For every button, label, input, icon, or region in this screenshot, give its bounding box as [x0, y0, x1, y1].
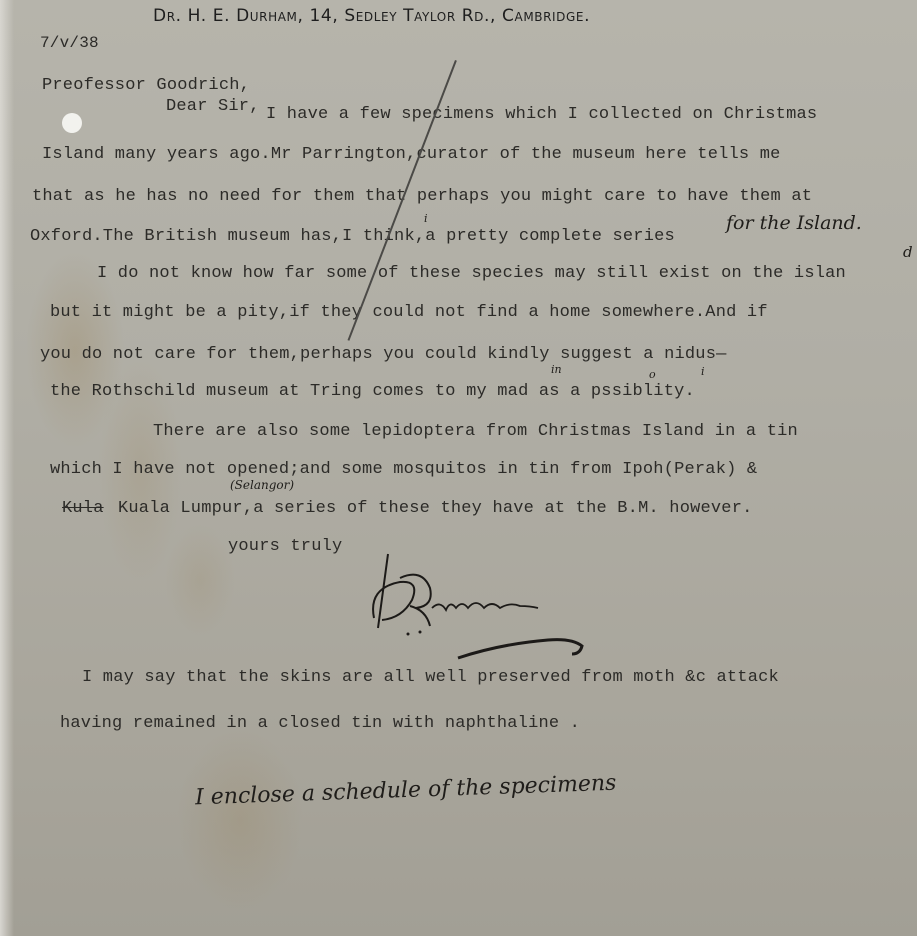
body-line-4: Oxford.The British museum has,I think,a …: [30, 227, 675, 246]
body-line-8: the Rothschild museum at Tring comes to …: [50, 382, 695, 401]
postscript-line-1: I may say that the skins are all well pr…: [82, 668, 779, 687]
handwritten-islan-correction: d: [903, 243, 913, 261]
body-line-6: but it might be a pity,if they could not…: [50, 303, 768, 322]
body-line-9: There are also some lepidoptera from Chr…: [153, 422, 798, 441]
handwritten-enclosure-note: I enclose a schedule of the specimens: [195, 771, 617, 811]
body-line-5: I do not know how far some of these spec…: [97, 264, 846, 283]
body-line-1: I have a few specimens which I collected…: [266, 105, 817, 124]
handwritten-think-insert: i: [424, 212, 428, 225]
recipient-line: Preofessor Goodrich,: [42, 76, 250, 95]
handwritten-possibility-insert-o: o: [649, 368, 656, 381]
handwritten-mind-insert: in: [551, 363, 562, 376]
postscript-line-2: having remained in a closed tin with nap…: [60, 714, 580, 733]
letterhead: Dr. H. E. Durham, 14, Sedley Taylor Rd.,…: [153, 6, 590, 26]
handwritten-possibility-insert-i: i: [701, 365, 705, 378]
body-line-11: Kuala Lumpur,a series of these they have…: [118, 499, 753, 518]
punch-hole: [62, 113, 82, 133]
letter-page: Dr. H. E. Durham, 14, Sedley Taylor Rd.,…: [0, 0, 917, 936]
body-line-3: that as he has no need for them that per…: [32, 187, 812, 206]
handwritten-series-addition: for the Island.: [726, 212, 862, 234]
handwritten-selangor: (Selangor): [230, 478, 294, 492]
struck-word: Kula: [62, 499, 104, 518]
body-line-2: Island many years ago.Mr Parrington,cura…: [42, 145, 781, 164]
signature: [360, 548, 600, 668]
body-line-7: you do not care for them,perhaps you cou…: [40, 345, 727, 364]
letter-date: 7/v/38: [40, 34, 99, 52]
closing-line: yours truly: [228, 537, 342, 556]
body-line-10: which I have not opened;and some mosquit…: [50, 460, 757, 479]
greeting-line: Dear Sir,: [166, 97, 260, 116]
